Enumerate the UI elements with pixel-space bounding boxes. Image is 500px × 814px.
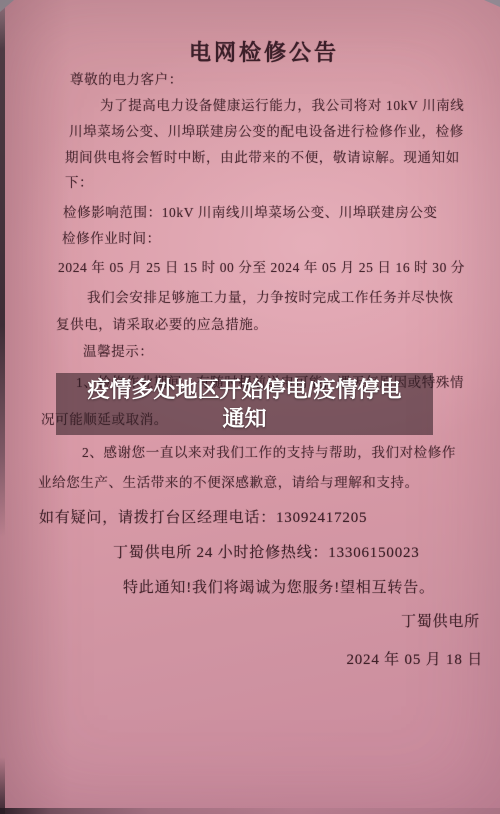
tips-label-line: 温馨提示： — [83, 340, 154, 360]
caption-text: 疫情多处地区开始停电/疫情停电通知 — [78, 375, 411, 433]
photo-edge-left — [0, 0, 5, 814]
body-line: 复供电，请采取必要的应急措施。 — [56, 313, 268, 333]
notice-title: 电网检修公告 — [14, 36, 500, 67]
hotline-line: 丁蜀供电所 24 小时抢修热线：13306150023 — [113, 541, 420, 562]
tip-2-line: 2、感谢您一直以来对我们工作的支持与帮助，我们对检修作 — [82, 441, 456, 461]
body-line: 我们会安排足够施工力量，力争按时完成工作任务并尽快恢 — [87, 286, 454, 306]
work-time-value-line: 2024 年 05 月 25 日 15 时 00 分至 2024 年 05 月 … — [58, 256, 465, 276]
body-line: 期间供电将会暂时中断，由此带来的不便，敬请谅解。现通知如 — [65, 146, 460, 166]
scope-line: 检修影响范围：10kV 川南线川埠菜场公变、川埠联建房公变 — [63, 201, 438, 221]
notice-photo: 电网检修公告 尊敬的电力客户： 为了提高电力设备健康运行能力，我公司将对 10k… — [0, 0, 500, 814]
issue-date: 2024 年 05 月 18 日 — [346, 648, 483, 669]
video-caption-overlay: 疫情多处地区开始停电/疫情停电通知 — [56, 373, 433, 435]
manager-phone-line: 如有疑问，请拨打台区经理电话：13092417205 — [39, 506, 367, 527]
body-line: 为了提高电力设备健康运行能力，我公司将对 10kV 川南线 — [100, 94, 464, 114]
salutation-line: 尊敬的电力客户： — [70, 68, 183, 88]
photo-edge-bottom — [0, 808, 500, 814]
body-line: 川埠菜场公变、川埠联建房公变的配电设备进行检修作业，检修 — [69, 120, 464, 140]
body-line: 下： — [65, 171, 93, 191]
tip-2-continued-line: 业给您生产、生活带来的不便深感歉意，请给与理解和支持。 — [38, 471, 419, 491]
photo-corner-top-right — [484, 0, 500, 7]
work-time-label-line: 检修作业时间： — [62, 227, 161, 247]
issuer-signature: 丁蜀供电所 — [401, 610, 480, 631]
closing-line: 特此通知!我们将竭诚为您服务!望相互转告。 — [123, 576, 435, 597]
